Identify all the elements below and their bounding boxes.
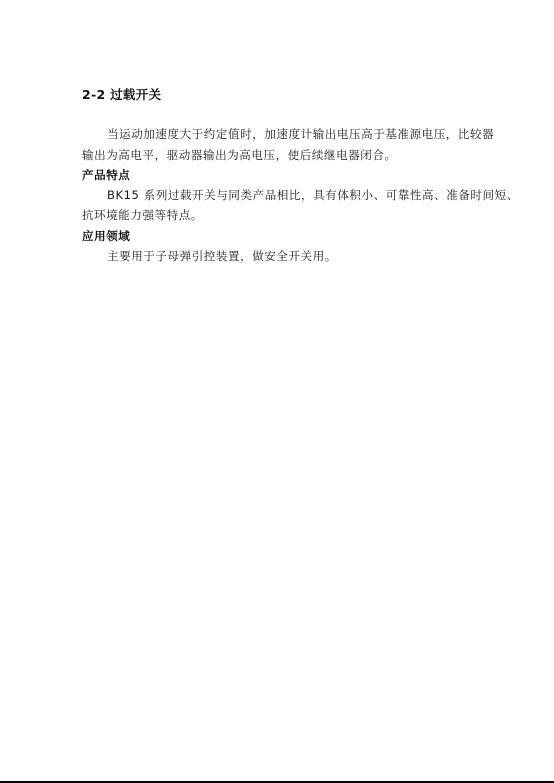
- features-paragraph-line-1: BK15 系列过载开关与同类产品相比，具有体积小、可靠性高、准备时间短、: [107, 188, 519, 202]
- applications-heading: 应用领域: [82, 229, 130, 243]
- intro-paragraph-line-2: 输出为高电平，驱动器输出为高电压，使后续继电器闭合。: [82, 148, 397, 162]
- features-heading: 产品特点: [82, 168, 130, 182]
- intro-paragraph-line-1: 当运动加速度大于约定值时，加速度计输出电压高于基准源电压，比较器: [107, 127, 494, 141]
- section-title: 2-2 过载开关: [82, 88, 161, 102]
- document-page: 2-2 过载开关 当运动加速度大于约定值时，加速度计输出电压高于基准源电压，比较…: [0, 0, 554, 783]
- applications-paragraph-line-1: 主要用于子母弹引控装置，做安全开关用。: [107, 249, 337, 263]
- features-paragraph-line-2: 抗环境能力强等特点。: [82, 208, 203, 222]
